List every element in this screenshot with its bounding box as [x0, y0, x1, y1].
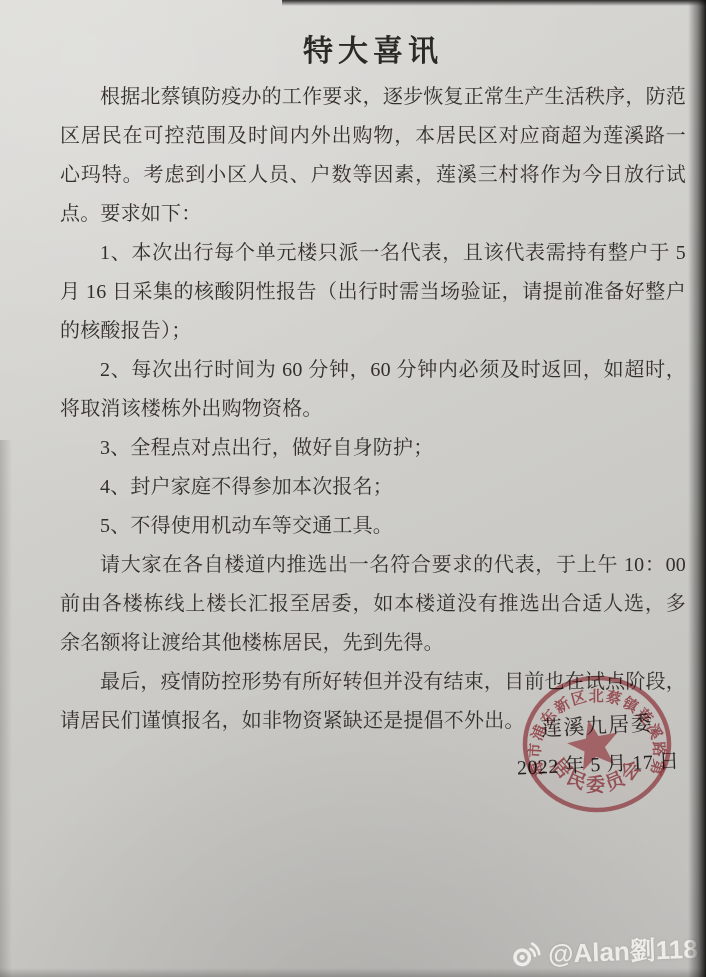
paragraph-intro: 根据北蔡镇防疫办的工作要求，逐步恢复正常生产生活秩序，防范区居民在可控范围及时间…: [60, 78, 686, 234]
paragraph-signup: 请大家在各自楼道内推选出一名符合要求的代表，于上午 10：00 前由各楼栋线上楼…: [60, 546, 686, 663]
watermark-text: @Alan劉118: [548, 929, 699, 971]
photo-edge-left: [0, 440, 12, 977]
photo-background: 特大喜讯 根据北蔡镇防疫办的工作要求，逐步恢复正常生产生活秩序，防范区居民在可控…: [0, 0, 706, 977]
paragraph-rule-5: 5、不得使用机动车等交通工具。: [60, 507, 686, 546]
paragraph-rule-4: 4、封户家庭不得参加本次报名；: [60, 468, 686, 507]
document-body: 特大喜讯 根据北蔡镇防疫办的工作要求，逐步恢复正常生产生活秩序，防范区居民在可控…: [60, 30, 686, 741]
paragraph-rule-1: 1、本次出行每个单元楼只派一名代表，且该代表需持有整户于 5 月 16 日采集的…: [60, 234, 686, 351]
document-paper: 特大喜讯 根据北蔡镇防疫办的工作要求，逐步恢复正常生产生活秩序，防范区居民在可控…: [0, 0, 706, 977]
photo-edge-top: [282, 0, 706, 6]
page-title: 特大喜讯: [60, 30, 686, 74]
paragraph-rule-2: 2、每次出行时间为 60 分钟，60 分钟内必须及时返回，如超时，将取消该楼栋外…: [60, 351, 686, 429]
watermark: @Alan劉118: [511, 929, 699, 972]
photo-edge-right: [688, 0, 706, 977]
photo-edge-bottom: [0, 968, 706, 977]
weibo-icon: [511, 940, 542, 967]
paragraph-rule-3: 3、全程点对点出行，做好自身防护；: [60, 429, 686, 468]
